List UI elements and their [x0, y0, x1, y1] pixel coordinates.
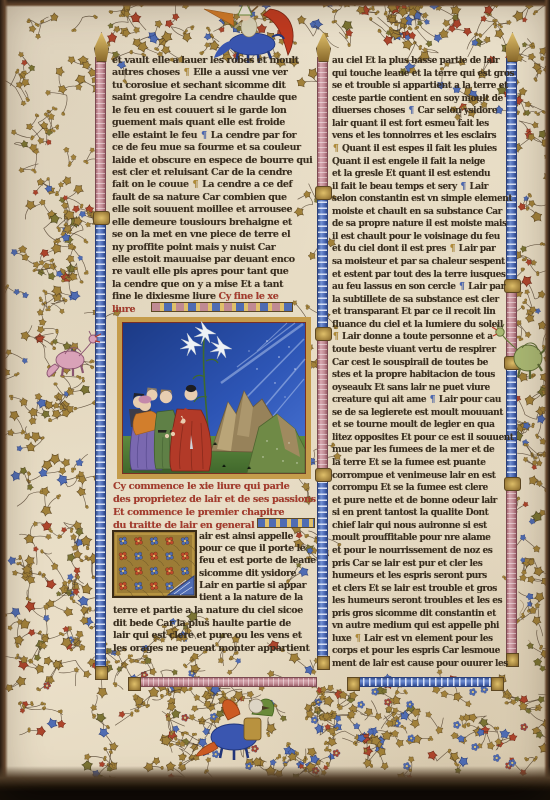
- text-line: autres choses ¶ Elle a aussi vne ver: [112, 67, 314, 79]
- chapter-rubric: Cy commence le xie liure qui parledes pr…: [113, 480, 313, 532]
- text-line: tu corosiue et sechant sicomme dit: [112, 80, 314, 92]
- text-line: ny proffite point mais y nuist Car: [112, 242, 314, 254]
- text-line: qui touche leaue et la terre qui est gro…: [332, 68, 510, 81]
- text-line: fluance du ciel et la lumiere du soleil: [332, 319, 510, 332]
- text-line: des proprietez de lair et de ses passion…: [113, 493, 313, 506]
- photo-edge-left: [0, 0, 8, 800]
- text-line: au ciel Et la plus basse partie de lair: [332, 55, 510, 68]
- text-line: et du ciel dont il est pres ¶ Lair par: [332, 243, 510, 256]
- text-line: sicomme dit ysidore: [199, 568, 315, 580]
- left-border-bar-blue: [95, 221, 106, 668]
- left-bar-knot: [93, 211, 110, 225]
- bottom-bar-blue: [356, 677, 492, 687]
- text-line: et pour le nourrissement de noz es: [332, 545, 510, 558]
- text-line: pris gros sicomme dit constantin et: [332, 608, 510, 621]
- text-line: au feu lassus en son cercle ¶ Lair par: [332, 281, 510, 294]
- pilcrow-mark: ¶: [449, 244, 456, 254]
- text-line: Lair en partie si appar: [199, 580, 315, 592]
- left-column-full-lines: terre et partie a la nature du ciel sico…: [113, 605, 315, 655]
- text-line: diuerses choses ¶ Car selon ysidore: [332, 105, 510, 118]
- text-line: fine le dixiesme liure Cy fine le xe: [112, 291, 314, 303]
- center-bar-endcap: [317, 656, 330, 670]
- bottom-bar-pink: [137, 677, 317, 687]
- right-text-column: au ciel Et la plus basse partie de lairq…: [332, 55, 510, 671]
- miniature-painting: [117, 317, 311, 479]
- text-line: ceste partie contient en soy moult de: [332, 93, 510, 106]
- text-line: litez opposites Et pour ce est il souuen…: [332, 432, 510, 445]
- text-line: toute beste viuant vertu de respirer: [332, 344, 510, 357]
- text-line: re vault elle pis apres pour tant que: [112, 266, 314, 278]
- blue-hbar-left-cap: [347, 677, 360, 691]
- text-line: chief lair qui nous auironne si est: [332, 520, 510, 533]
- text-line: le feu en est couuert si le garde lon: [112, 105, 314, 117]
- text-line: creature qui ait ame ¶ Lair pour cau: [332, 394, 510, 407]
- center-bar-pink-1: [317, 57, 328, 189]
- center-bar-blue-1: [317, 196, 328, 330]
- text-line: et vault elle a lauer les robes et moult: [112, 55, 314, 67]
- text-line: est cler et reluisant Car de la cendre: [112, 167, 314, 179]
- text-line: tient a la nature de la: [199, 592, 315, 604]
- photo-edge-right: [544, 0, 550, 800]
- text-line: la subtillete de sa substance est cler: [332, 294, 510, 307]
- text-line: de sa propre nature il est moiste mais: [332, 218, 510, 231]
- left-border-bar-pink: [95, 57, 106, 215]
- text-line: la cendre que on y a mise Et a tant: [112, 279, 314, 291]
- pilcrow-mark: ¶: [460, 182, 467, 192]
- left-column-initial-lines: air est ainsi appellepour ce que il port…: [199, 531, 315, 604]
- text-line: selon constantin est vn simple element: [332, 193, 510, 206]
- text-line: elle soit souuent moillee et arrousee: [112, 204, 314, 216]
- text-line: feu et est porte de leaue: [199, 555, 315, 567]
- pilcrow-mark: ¶: [200, 130, 208, 141]
- text-line: Cy commence le xie liure qui parle: [113, 480, 313, 493]
- text-line: elle demeure tousiours brehaigne et: [112, 217, 314, 229]
- text-line: guement mais quant elle est froide: [112, 117, 314, 129]
- text-line: ce de feu mue sa fourme et sa couleur: [112, 142, 314, 154]
- text-line: Car cest le souspirail de toutes be: [332, 357, 510, 370]
- text-line: corrompue et venimeuse lair en est: [332, 470, 510, 483]
- pink-hbar-left-cap: [128, 677, 141, 691]
- text-line: moiste et chault en sa substance Car: [332, 206, 510, 219]
- text-line: pris Car se lair est pur et cler les: [332, 558, 510, 571]
- pilcrow-mark: ¶: [408, 106, 415, 116]
- gold-pannier: [244, 718, 261, 740]
- center-bar-blue-2: [317, 478, 328, 658]
- blue-hbar-right-cap: [491, 677, 504, 691]
- explicit-red-text: Cy fine le xe: [219, 291, 279, 302]
- text-line: les humeurs seront troubles et les es: [332, 595, 510, 608]
- text-line: et transparant Et par ce il recoit lin: [332, 306, 510, 319]
- text-line: fait on le couue ¶ La cendre a ce def: [112, 179, 314, 191]
- drollery-rider-on-beast: [200, 1, 318, 63]
- text-line: fault de sa nature Car combien que: [112, 192, 314, 204]
- text-line: air est ainsi appelle: [199, 531, 315, 543]
- text-line: laide et obscure en espece de bourre qui: [112, 155, 314, 167]
- center-bar-knot-1: [315, 186, 332, 200]
- text-line: elle estoit mauuaise par deuant enco: [112, 254, 314, 266]
- blue-griffin: [192, 690, 284, 764]
- text-line: moult prouffitable pour nre alame: [332, 532, 510, 545]
- text-line: et estent par tout des la terre iusques: [332, 269, 510, 282]
- text-line: lair quant il est fort esmeu fait les: [332, 118, 510, 131]
- text-line: et se tourne moult de legier en qua: [332, 419, 510, 432]
- griffin-tail: [196, 742, 218, 756]
- text-line: corrompu Et se la fumee est clere: [332, 482, 510, 495]
- text-line: il fait le beau temps et sery ¶ Lair: [332, 181, 510, 194]
- text-line: vens et les tonnoirres et les esclairs: [332, 130, 510, 143]
- rider: [235, 1, 257, 37]
- text-line: elle estaint le feu ¶ La cendre par for: [112, 130, 314, 142]
- text-line: lair qui est clere et pure ou les vens e…: [113, 630, 315, 643]
- left-bar-endcap: [95, 666, 108, 680]
- text-line: ment de lair est cause pour ouurer les: [332, 658, 510, 671]
- text-line: dit bede Car la plus haulte partie de: [113, 618, 315, 631]
- text-line: vn autre medium qui est appelle phi: [332, 620, 510, 633]
- explicit-red-text: liure: [112, 304, 135, 315]
- decorated-initial-L: [112, 530, 197, 598]
- text-line: pour ce que il porte le: [199, 543, 315, 555]
- text-line: luxe ¶ Lair est vn element pour les: [332, 633, 510, 646]
- text-line: si en prent tantost la qualite Dont: [332, 507, 510, 520]
- pilcrow-mark: ¶: [429, 395, 436, 405]
- text-line: Et commence le premier chapitre: [113, 506, 313, 519]
- text-line: et pure nette et de bonne odeur lair: [332, 495, 510, 508]
- pink-dragon: [43, 324, 101, 380]
- text-line: Quant il est engele il fait la neige: [332, 156, 510, 169]
- text-line: sa moisteur et par sa chaleur sespent: [332, 256, 510, 269]
- text-line: les orages ne peuent monter appartient: [113, 643, 315, 656]
- orange-wing: [223, 700, 240, 720]
- manuscript-page: L: [0, 0, 550, 800]
- text-line: mue par les fumees de la mer et de: [332, 444, 510, 457]
- text-line: stes et la propre habitacion de tous: [332, 369, 510, 382]
- center-bar-knot-2: [315, 327, 332, 341]
- left-text-column: et vault elle a lauer les robes et moult…: [112, 55, 314, 316]
- text-line: humeurs et les espris seront purs: [332, 570, 510, 583]
- center-bar-knot-3: [315, 468, 332, 482]
- text-line: la terre Et se la fumee est puante: [332, 457, 510, 470]
- photo-edge-bottom: [0, 766, 550, 800]
- text-line: et clers Et se lair est trouble et gros: [332, 583, 510, 596]
- orange-banner: [204, 9, 234, 26]
- text-line: se on la met en vne piece de terre el: [112, 229, 314, 241]
- text-line: ¶ Lair donne a toute personne et a: [332, 331, 510, 344]
- left-bar-finial: [94, 32, 109, 62]
- text-line: corps et pour les espris Car lesmoue: [332, 645, 510, 658]
- text-line: oyseaulx Et sans lair ne puet viure: [332, 382, 510, 395]
- text-line: ¶ Quant il est espes il fait les pluies: [332, 143, 510, 156]
- text-line: liure: [112, 304, 314, 316]
- text-line: terre et partie a la nature du ciel sico…: [113, 605, 315, 618]
- text-line: se et trouble si appartient a la terre e…: [332, 80, 510, 93]
- center-bar-finial: [316, 32, 331, 62]
- text-line: saint gregoire La cendre chaulde que: [112, 92, 314, 104]
- text-line: se de sa legierete est moult mouuant: [332, 407, 510, 420]
- text-line: et la gresle Et quant il est estendu: [332, 168, 510, 181]
- text-line: il est chault pour le voisinage du feu: [332, 231, 510, 244]
- center-bar-pink-2: [317, 337, 328, 471]
